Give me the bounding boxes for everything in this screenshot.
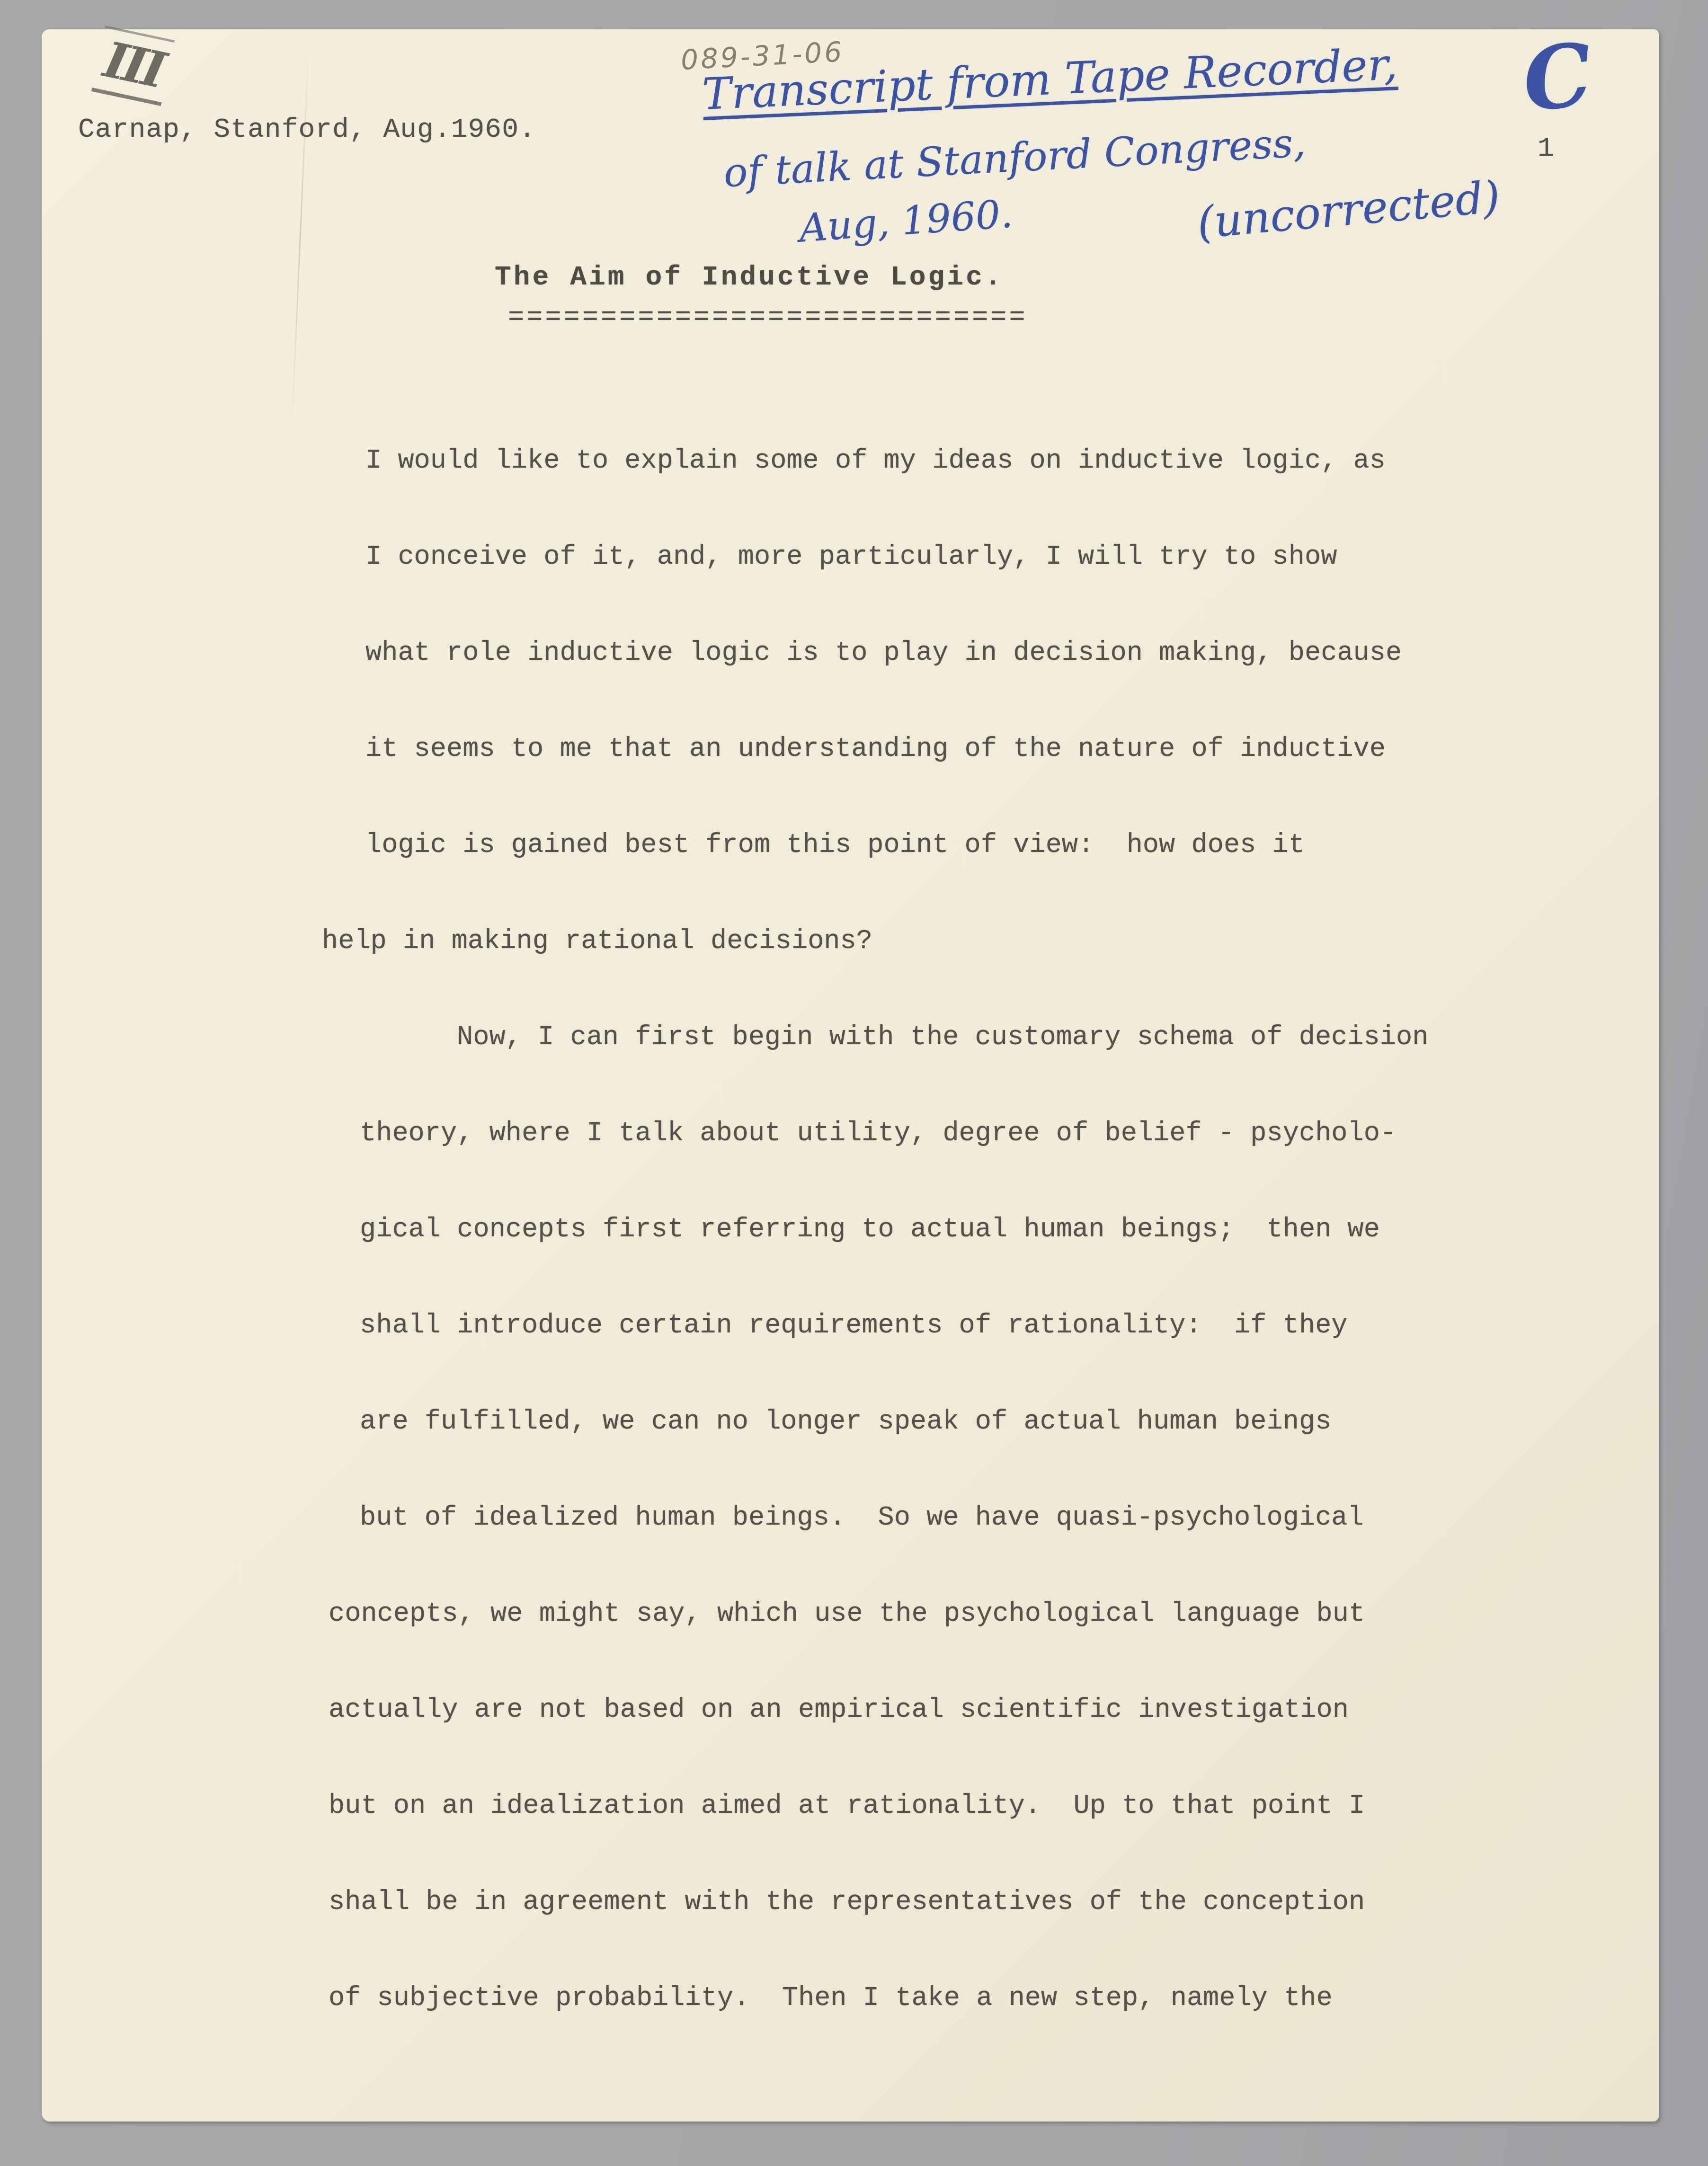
- body-line: theory, where I talk about utility, degr…: [360, 1119, 1534, 1215]
- body-line: but of idealized human beings. So we hav…: [360, 1503, 1534, 1599]
- document-page: III 089-31-06 Carnap, Stanford, Aug.1960…: [42, 29, 1659, 2122]
- author-date-line: Carnap, Stanford, Aug.1960.: [78, 115, 536, 145]
- body-line: of subjective probability. Then I take a…: [329, 1983, 1534, 2079]
- document-title: The Aim of Inductive Logic.: [495, 262, 1004, 293]
- ink-margin-brace-mark: C: [1518, 23, 1597, 131]
- body-line: Now, I can first begin with the customar…: [457, 1022, 1534, 1119]
- body-line: are fulfilled, we can no longer speak of…: [360, 1407, 1534, 1503]
- page-number: 1: [1538, 133, 1554, 164]
- body-line: shall be in agreement with the represent…: [329, 1887, 1534, 1983]
- body-line: but on an idealization aimed at rational…: [329, 1791, 1534, 1887]
- paper-crease: [291, 36, 310, 429]
- body-line: shall introduce certain requirements of …: [360, 1311, 1534, 1407]
- body-line: help in making rational decisions?: [322, 926, 1534, 1022]
- pencil-roman-numeral: III: [91, 26, 175, 106]
- title-underline: ============================: [508, 303, 1028, 333]
- body-line: concepts, we might say, which use the ps…: [329, 1599, 1534, 1695]
- body-line: logic is gained best from this point of …: [365, 830, 1534, 926]
- body-line: gical concepts first referring to actual…: [360, 1215, 1534, 1311]
- body-line: I would like to explain some of my ideas…: [365, 446, 1534, 542]
- body-line: it seems to me that an understanding of …: [365, 734, 1534, 830]
- ink-annotation-line4: (uncorrected): [1195, 171, 1502, 248]
- ink-annotation-line2: of talk at Stanford Congress,: [722, 119, 1307, 196]
- body-line: actually are not based on an empirical s…: [329, 1695, 1534, 1791]
- body-line: I conceive of it, and, more particularly…: [365, 542, 1534, 638]
- body-line: what role inductive logic is to play in …: [365, 638, 1534, 734]
- ink-annotation-line3: Aug, 1960.: [798, 191, 1014, 251]
- body-text: I would like to explain some of my ideas…: [322, 446, 1534, 2079]
